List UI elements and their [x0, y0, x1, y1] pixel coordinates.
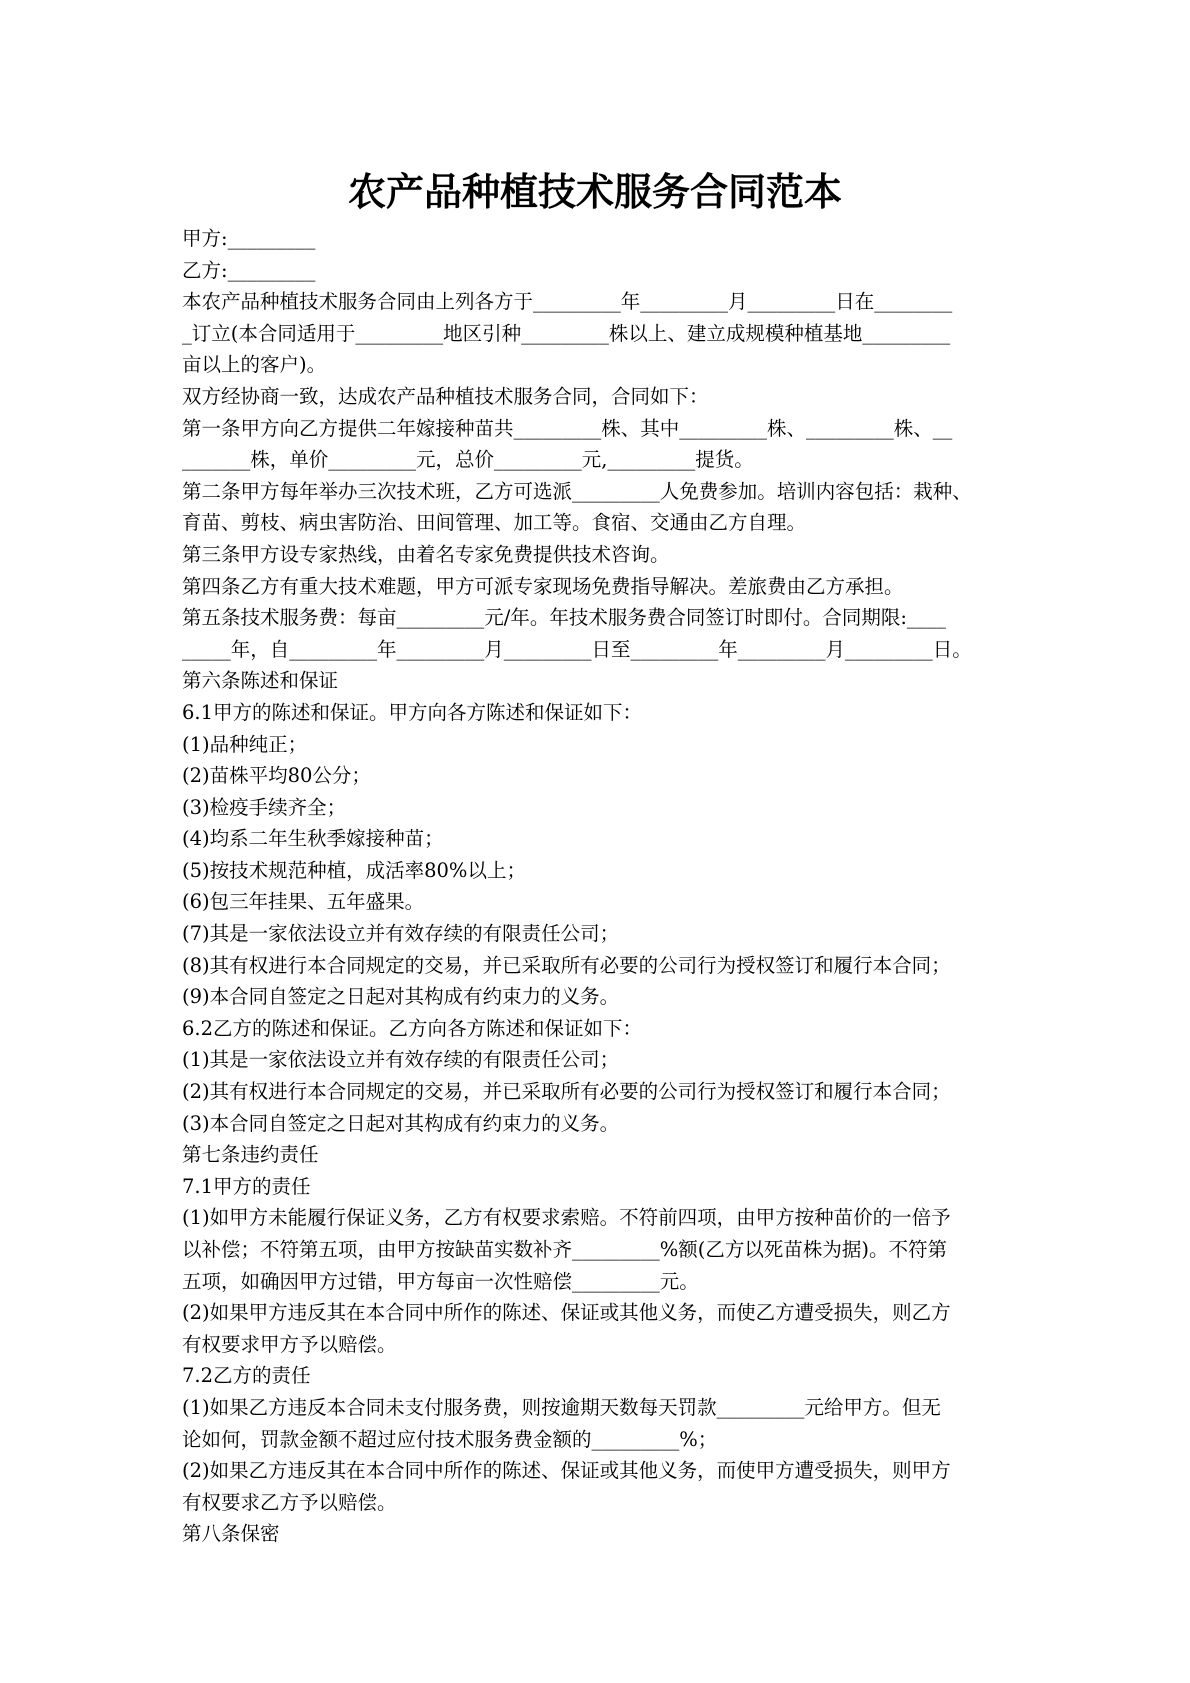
document-line: 6.2乙方的陈述和保证。乙方向各方陈述和保证如下：	[182, 1013, 1022, 1045]
document-line: (1)其是一家依法设立并有效存续的有限责任公司；	[182, 1044, 1022, 1076]
document-line: (5)按技术规范种植，成活率80%以上；	[182, 855, 1022, 887]
document-line: 亩以上的客户)。	[182, 349, 1022, 381]
document-page: 农产品种植技术服务合同范本 甲方:_________乙方:_________本农…	[0, 0, 1190, 1683]
document-line: 有权要求乙方予以赔偿。	[182, 1487, 1022, 1519]
document-line: 双方经协商一致，达成农产品种植技术服务合同，合同如下：	[182, 381, 1022, 413]
document-line: (1)如果乙方违反本合同未支付服务费，则按逾期天数每天罚款_________元给…	[182, 1392, 1022, 1424]
document-line: 第三条甲方设专家热线，由着名专家免费提供技术咨询。	[182, 539, 1022, 571]
document-line: 论如何，罚款金额不超过应付技术服务费金额的_________%；	[182, 1424, 1022, 1456]
document-line: 以补偿；不符第五项，由甲方按缺苗实数补齐_________%额(乙方以死苗株为据…	[182, 1234, 1022, 1266]
document-line: (2)其有权进行本合同规定的交易，并已采取所有必要的公司行为授权签订和履行本合同…	[182, 1076, 1022, 1108]
document-line: 第二条甲方每年举办三次技术班，乙方可选派_________人免费参加。培训内容包…	[182, 476, 1022, 508]
document-line: 乙方:_________	[182, 255, 1022, 287]
document-line: 第七条违约责任	[182, 1139, 1022, 1171]
document-line: (9)本合同自签定之日起对其构成有约束力的义务。	[182, 981, 1022, 1013]
document-line: _______株，单价_________元，总价_________元,_____…	[182, 444, 1022, 476]
document-line: (2)如果甲方违反其在本合同中所作的陈述、保证或其他义务，而使乙方遭受损失，则乙…	[182, 1297, 1022, 1329]
document-line: 五项，如确因甲方过错，甲方每亩一次性赔偿_________元。	[182, 1266, 1022, 1298]
document-line: _订立(本合同适用于_________地区引种_________株以上、建立成规…	[182, 318, 1022, 350]
document-line: 6.1甲方的陈述和保证。甲方向各方陈述和保证如下：	[182, 697, 1022, 729]
document-line: (8)其有权进行本合同规定的交易，并已采取所有必要的公司行为授权签订和履行本合同…	[182, 950, 1022, 982]
document-line: 第四条乙方有重大技术难题，甲方可派专家现场免费指导解决。差旅费由乙方承担。	[182, 571, 1022, 603]
document-line: 第五条技术服务费：每亩_________元/年。年技术服务费合同签订时即付。合同…	[182, 602, 1022, 634]
document-line: (2)苗株平均80公分；	[182, 760, 1022, 792]
document-line: 甲方:_________	[182, 223, 1022, 255]
document-line: (3)检疫手续齐全；	[182, 792, 1022, 824]
document-line: 有权要求甲方予以赔偿。	[182, 1329, 1022, 1361]
document-line: 7.1甲方的责任	[182, 1171, 1022, 1203]
document-line: 育苗、剪枝、病虫害防治、田间管理、加工等。食宿、交通由乙方自理。	[182, 507, 1022, 539]
document-title: 农产品种植技术服务合同范本	[0, 164, 1190, 220]
document-line: 第八条保密	[182, 1518, 1022, 1550]
document-line: (4)均系二年生秋季嫁接种苗；	[182, 823, 1022, 855]
document-line: (6)包三年挂果、五年盛果。	[182, 886, 1022, 918]
document-line: 本农产品种植技术服务合同由上列各方于_________年_________月__…	[182, 286, 1022, 318]
document-line: 7.2乙方的责任	[182, 1360, 1022, 1392]
document-line: (7)其是一家依法设立并有效存续的有限责任公司；	[182, 918, 1022, 950]
document-line: 第六条陈述和保证	[182, 665, 1022, 697]
document-line: (1)品种纯正；	[182, 729, 1022, 761]
document-line: (2)如果乙方违反其在本合同中所作的陈述、保证或其他义务，而使甲方遭受损失，则甲…	[182, 1455, 1022, 1487]
document-line: (3)本合同自签定之日起对其构成有约束力的义务。	[182, 1108, 1022, 1140]
document-body: 甲方:_________乙方:_________本农产品种植技术服务合同由上列各…	[182, 223, 1022, 1550]
document-line: 第一条甲方向乙方提供二年嫁接种苗共_________株、其中_________株…	[182, 413, 1022, 445]
document-line: _____年，自_________年_________月_________日至_…	[182, 634, 1022, 666]
document-line: (1)如甲方未能履行保证义务，乙方有权要求索赔。不符前四项，由甲方按种苗价的一倍…	[182, 1202, 1022, 1234]
